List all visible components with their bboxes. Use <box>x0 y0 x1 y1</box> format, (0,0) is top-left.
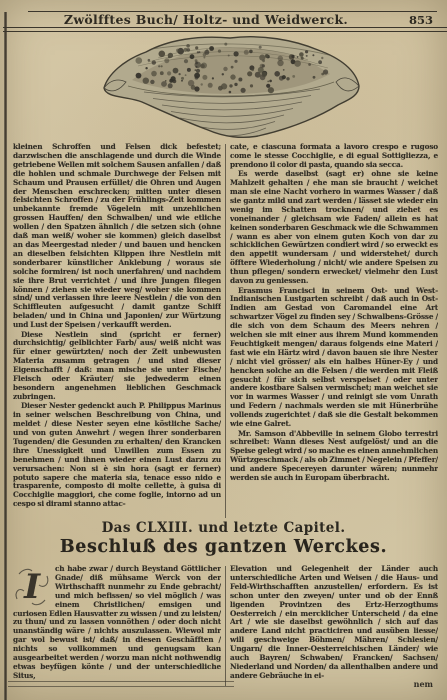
running-title: Zwölfftes Buch/ Holtz- und Weidwerck. <box>60 12 352 28</box>
initial-letter: I <box>23 567 41 607</box>
ornamental-initial-woodcut: I <box>13 566 51 607</box>
paragraph: Elevation und Gelegenheit der Länder auc… <box>230 565 438 681</box>
paragraph: Es werde daselbst (sagt er) ohne sie kei… <box>230 170 438 286</box>
catchword: nem <box>414 679 433 689</box>
bottom-rule <box>8 681 234 682</box>
column-bottom-left: I ch habe zwar / durch Beystand Göttlich… <box>13 565 221 689</box>
column-top-left: kleinen Schroffen und Felsen dick befest… <box>13 143 221 520</box>
column-bottom-right: Elevation und Gelegenheit der Länder auc… <box>230 565 438 689</box>
chapter-number-heading: Das CLXIII. und letzte Capitel. <box>0 520 447 536</box>
column-top-right: cate, e ciascuna formata a lavoro crespo… <box>230 143 438 520</box>
paragraph: kleinen Schroffen und Felsen dick befest… <box>13 143 221 330</box>
bottom-rule <box>8 686 234 687</box>
column-divider-rule <box>225 144 226 518</box>
bird-nest-woodcut <box>98 30 366 142</box>
paragraph: cate, e ciascuna formata a lavoro crespo… <box>230 143 438 170</box>
bird-nest-illustration <box>98 30 366 142</box>
ornamental-initial: I <box>13 566 51 607</box>
scanned-book-page: Zwölfftes Buch/ Holtz- und Weidwerck. 85… <box>0 0 447 700</box>
binding-edge-line <box>4 12 7 700</box>
paragraph: Erasmus Francisci in seinem Ost- und Wes… <box>230 287 438 430</box>
paragraph: Diese Nestlein sind (spricht er ferner) … <box>13 331 221 402</box>
chapter-title-heading: Beschluß des gantzen Werckes. <box>0 537 447 557</box>
page-number: 853 <box>409 13 433 27</box>
column-divider-rule <box>225 566 226 686</box>
paragraph: Mr. Samson d'Abbeville in seinem Globo t… <box>230 430 438 483</box>
paragraph: Dieser Nester gedenckt auch P. Philippus… <box>13 402 221 509</box>
header-double-rule <box>3 27 447 28</box>
